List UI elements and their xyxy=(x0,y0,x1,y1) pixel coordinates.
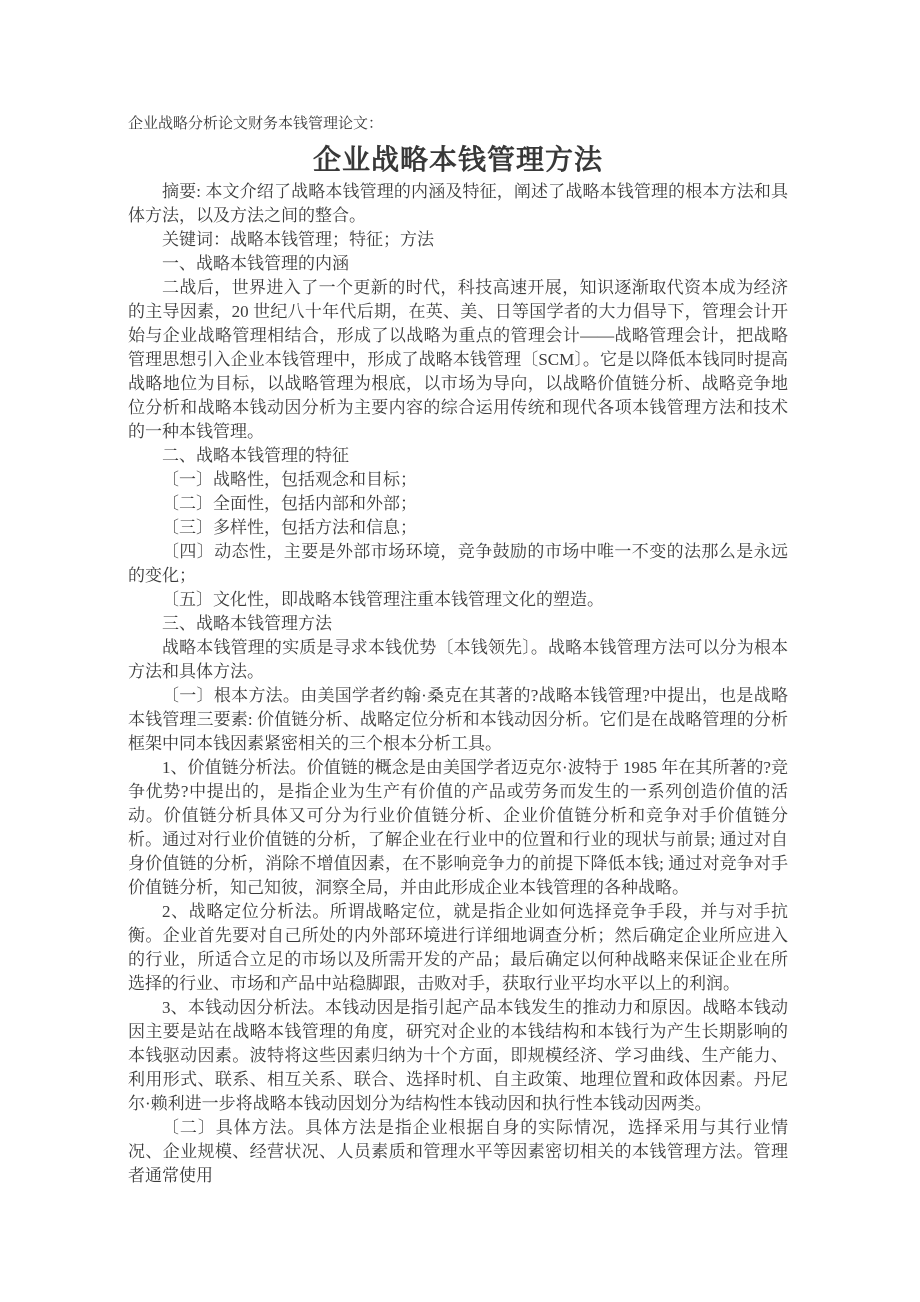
document-page: 企业战略分析论文财务本钱管理论文： 企业战略本钱管理方法 摘要: 本文介绍了战略… xyxy=(128,114,788,1188)
paragraph-methods-overview: 战略本钱管理的实质是寻求本钱优势〔本钱领先〕。战略本钱管理方法可以分为根本方法和… xyxy=(128,636,788,684)
section-heading-3: 三、战略本钱管理方法 xyxy=(128,612,788,636)
document-body: 摘要: 本文介绍了战略本钱管理的内涵及特征，阐述了战略本钱管理的根本方法和具体方… xyxy=(128,180,788,1188)
list-item-dynamic: 〔四〕动态性，主要是外部市场环境，竞争鼓励的市场中唯一不变的法那么是永远的变化； xyxy=(128,540,788,588)
paragraph-strategic-positioning-analysis: 2、战略定位分析法。所谓战略定位，就是指企业如何选择竞争手段，并与对手抗衡。企业… xyxy=(128,900,788,996)
paragraph-basic-methods: 〔一〕根本方法。由美国学者约翰·桑克在其著的?战略本钱管理?中提出，也是战略本钱… xyxy=(128,684,788,756)
paragraph-value-chain-analysis: 1、价值链分析法。价值链的概念是由美国学者迈克尔·波特于 1985 年在其所著的… xyxy=(128,756,788,900)
document-title: 企业战略本钱管理方法 xyxy=(128,142,788,180)
paragraph-abstract: 摘要: 本文介绍了战略本钱管理的内涵及特征，阐述了战略本钱管理的根本方法和具体方… xyxy=(128,180,788,228)
section-heading-2: 二、战略本钱管理的特征 xyxy=(128,444,788,468)
list-item-strategic: 〔一〕战略性，包括观念和目标； xyxy=(128,468,788,492)
paragraph-scm-background: 二战后，世界进入了一个更新的时代，科技高速开展，知识逐渐取代资本成为经济的主导因… xyxy=(128,276,788,444)
list-item-comprehensive: 〔二〕全面性，包括内部和外部； xyxy=(128,492,788,516)
paper-topic-line: 企业战略分析论文财务本钱管理论文： xyxy=(128,114,788,134)
paragraph-keywords: 关键词：战略本钱管理；特征；方法 xyxy=(128,228,788,252)
paragraph-cost-driver-analysis: 3、本钱动因分析法。本钱动因是指引起产品本钱发生的推动力和原因。战略本钱动因主要… xyxy=(128,996,788,1116)
list-item-diverse: 〔三〕多样性，包括方法和信息； xyxy=(128,516,788,540)
paragraph-specific-methods: 〔二〕具体方法。具体方法是指企业根据自身的实际情况，选择采用与其行业情况、企业规… xyxy=(128,1116,788,1188)
list-item-cultural: 〔五〕文化性，即战略本钱管理注重本钱管理文化的塑造。 xyxy=(128,588,788,612)
section-heading-1: 一、战略本钱管理的内涵 xyxy=(128,252,788,276)
